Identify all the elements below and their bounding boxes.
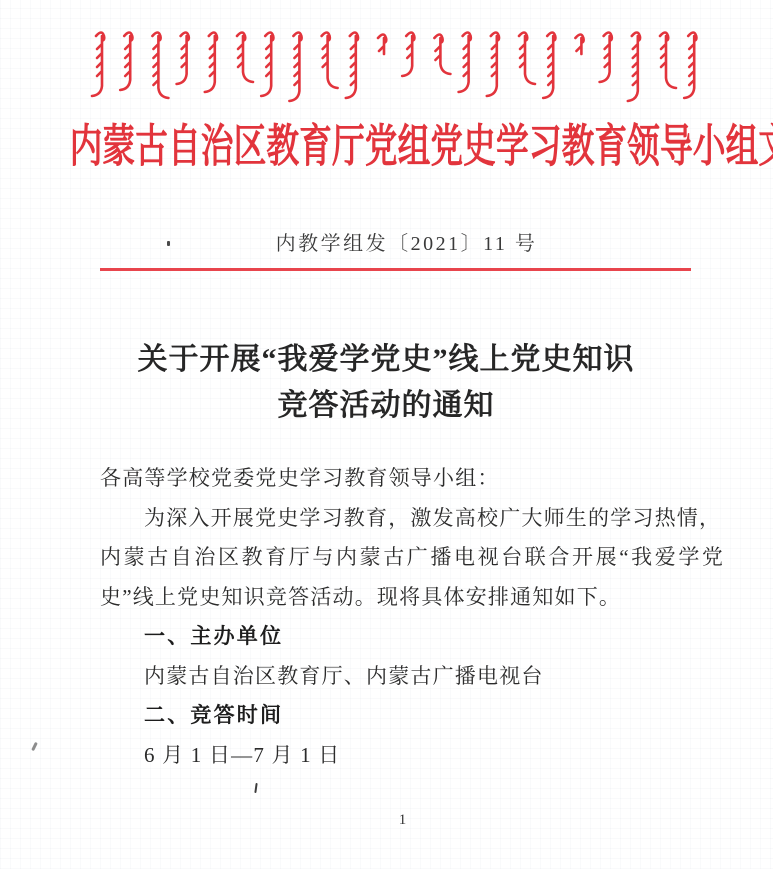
document-number: 内教学组发〔2021〕11 号 [20,227,773,256]
notice-title-line2: 竞答活动的通知 [86,383,686,429]
body-line-paragraph-2: 内蒙古自治区教育厅与内蒙古广播电视台联合开展“我爱学党 [100,538,706,578]
notice-title: 关于开展“我爱学党史”线上党史知识 竞答活动的通知 [86,337,686,429]
body-line-salutation: 各高等学校党委党史学习教育领导小组： [100,459,706,499]
body-line-paragraph-1: 为深入开展党史学习教育，激发高校广大师生的学习热情， [100,499,706,539]
mongolian-script-banner [88,29,708,107]
notice-title-line1: 关于开展“我爱学党史”线上党史知识 [86,337,686,383]
body-text: 各高等学校党委党史学习教育领导小组： 为深入开展党史学习教育，激发高校广大师生的… [100,459,706,775]
body-line-date-range: 6 月 1 日—7 月 1 日 [100,736,706,776]
scan-artifact-quote [31,742,38,751]
section-heading-1: 一、主办单位 [100,617,706,657]
scanned-official-document-page: { "banner": { "color": "#e2343c", "words… [0,0,773,869]
scan-artifact-tick [254,783,257,793]
body-line-paragraph-3: 史”线上党史知识竞答活动。现将具体安排通知如下。 [100,578,706,618]
section-heading-2: 二、竞答时间 [100,696,706,736]
body-line-organizers: 内蒙古自治区教育厅、内蒙古广播电视台 [100,657,706,697]
page-number: 1 [16,812,773,829]
red-divider-rule [100,268,691,271]
mongolian-script-icon [88,29,708,107]
letterhead-title: 内蒙古自治区教育厅党组党史学习教育领导小组文件 [70,110,704,175]
